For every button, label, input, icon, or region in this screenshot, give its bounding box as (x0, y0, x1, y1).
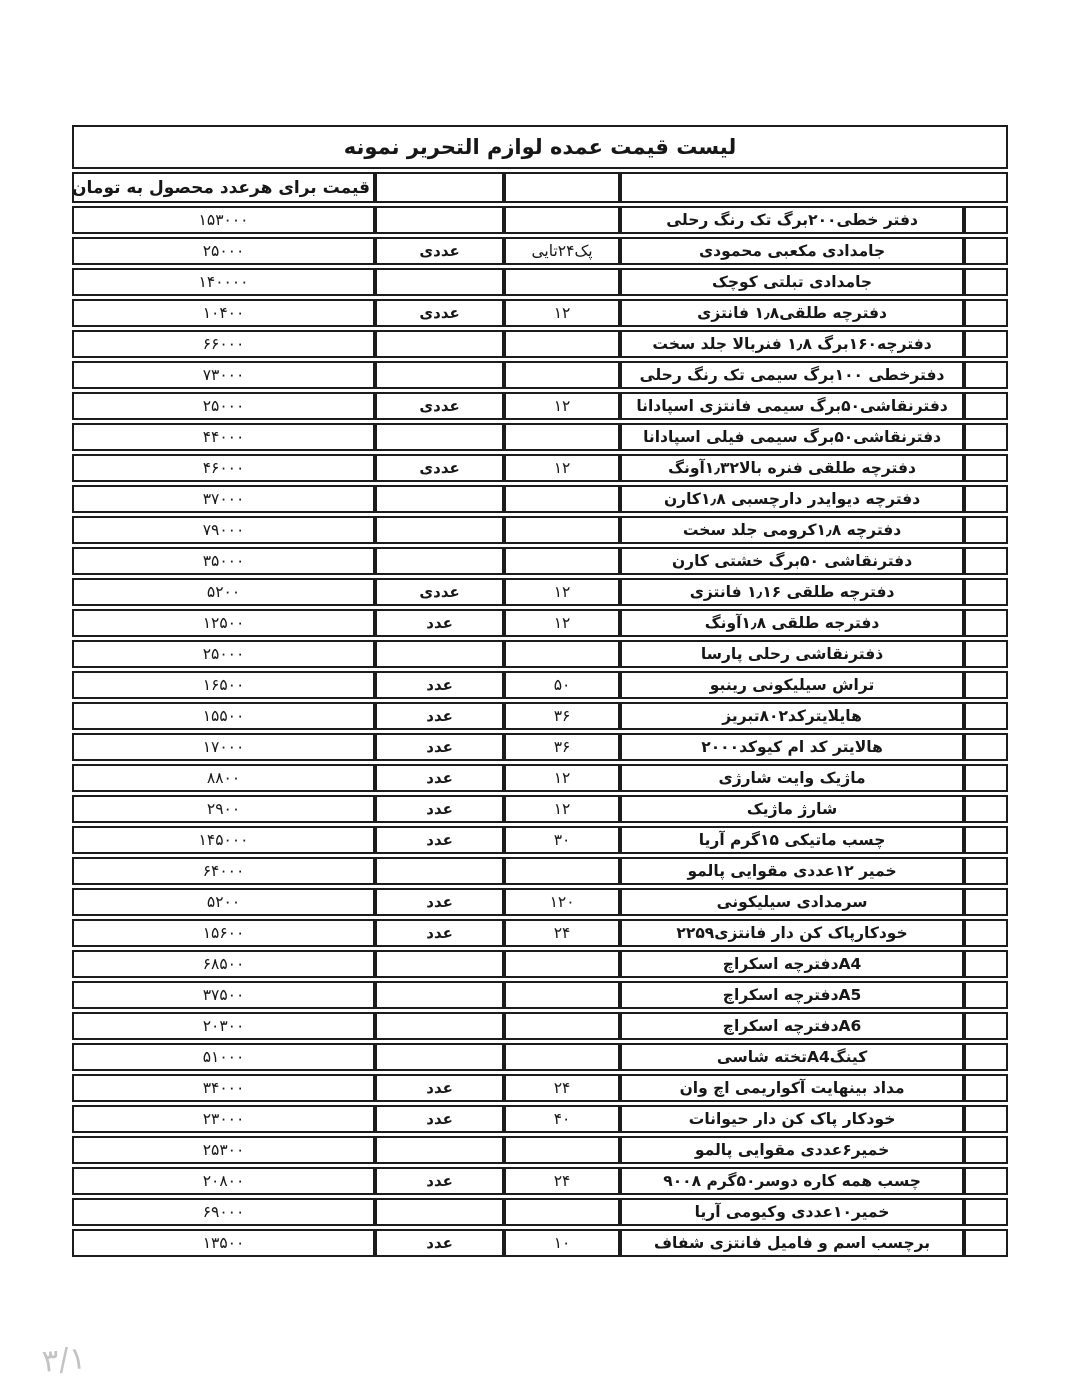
product-name-cell: خودکار پاک کن دار حیوانات (620, 1105, 964, 1133)
pack-qty-cell: ۱۲ (504, 392, 620, 420)
price-cell: ۲۵۰۰۰ (72, 392, 375, 420)
table-row: کینگA4تخته شاسی ۵۱۰۰۰ (72, 1043, 1008, 1071)
product-name-cell: دفترچه دیوایدر دارچسبی ۱٫۸کارن (620, 485, 964, 513)
blank-mark-cell (964, 888, 1008, 916)
blank-mark-cell (964, 826, 1008, 854)
price-cell: ۵۱۰۰۰ (72, 1043, 375, 1071)
price-cell: ۲۰۸۰۰ (72, 1167, 375, 1195)
pack-qty-cell (504, 1043, 620, 1071)
product-name-cell: دفترنقاشی۵۰برگ سیمی فانتزی اسپادانا (620, 392, 964, 420)
table-header-row: قیمت برای هرعدد محصول به تومان (72, 172, 1008, 203)
table-row: دفتر خطی۲۰۰برگ تک رنگ رحلی ۱۵۳۰۰۰ (72, 206, 1008, 234)
unit-cell (375, 1012, 504, 1040)
unit-cell: عدد (375, 795, 504, 823)
product-name-cell: سرمدادی سیلیکونی (620, 888, 964, 916)
table-row: جامدادی مکعبی محمودی پک۲۴تایی عددی ۲۵۰۰۰ (72, 237, 1008, 265)
unit-cell (375, 206, 504, 234)
pack-qty-cell (504, 547, 620, 575)
unit-cell: عدد (375, 702, 504, 730)
product-name-cell: A4دفترچه اسکراچ (620, 950, 964, 978)
pack-qty-cell: ۱۲ (504, 578, 620, 606)
table-row: سرمدادی سیلیکونی ۱۲۰ عدد ۵۲۰۰ (72, 888, 1008, 916)
unit-cell: عدد (375, 1229, 504, 1257)
product-name-cell: دفترچه طلقی ۱٫۱۶ فانتزی (620, 578, 964, 606)
price-cell: ۲۰۳۰۰ (72, 1012, 375, 1040)
pack-qty-cell (504, 1136, 620, 1164)
pack-qty-cell (504, 950, 620, 978)
table-row: مداد بینهایت آکواریمی اچ وان ۲۴ عدد ۳۴۰۰… (72, 1074, 1008, 1102)
pack-qty-cell: ۱۲ (504, 299, 620, 327)
pack-qty-cell: ۱۰ (504, 1229, 620, 1257)
price-cell: ۸۸۰۰ (72, 764, 375, 792)
price-cell: ۳۴۰۰۰ (72, 1074, 375, 1102)
table-row: A6دفترچه اسکراچ ۲۰۳۰۰ (72, 1012, 1008, 1040)
product-name-cell: خمیر۶عددی مقوایی پالمو (620, 1136, 964, 1164)
table-row: شارژ ماژیک ۱۲ عدد ۲۹۰۰ (72, 795, 1008, 823)
price-cell: ۵۲۰۰ (72, 888, 375, 916)
blank-mark-cell (964, 392, 1008, 420)
product-name-cell: دفترجه طلقی ۱٫۸آونگ (620, 609, 964, 637)
table-row: دفترچه طلقی ۱٫۱۶ فانتزی ۱۲ عددی ۵۲۰۰ (72, 578, 1008, 606)
table-row: ذفترنقاشی رحلی پارسا ۲۵۰۰۰ (72, 640, 1008, 668)
pack-qty-cell: ۲۴ (504, 919, 620, 947)
unit-cell: عددی (375, 454, 504, 482)
price-cell: ۱۴۵۰۰۰ (72, 826, 375, 854)
price-cell: ۱۰۴۰۰ (72, 299, 375, 327)
pack-qty-cell: ۳۶ (504, 733, 620, 761)
blank-mark-cell (964, 1167, 1008, 1195)
table-row: چسب همه کاره دوسر۵۰گرم ۹۰۰۸ ۲۴ عدد ۲۰۸۰۰ (72, 1167, 1008, 1195)
unit-header-cell (375, 172, 504, 203)
pack-qty-cell: ۴۰ (504, 1105, 620, 1133)
pack-qty-cell: ۵۰ (504, 671, 620, 699)
blank-mark-cell (964, 516, 1008, 544)
price-table-body: لیست قیمت عمده لوازم التحریر نمونه قیمت … (72, 125, 1008, 1257)
price-cell: ۵۲۰۰ (72, 578, 375, 606)
blank-mark-cell (964, 423, 1008, 451)
price-cell: ۱۵۵۰۰ (72, 702, 375, 730)
product-name-cell: جامدادی تبلتی کوچک (620, 268, 964, 296)
table-row: دفترنقاشی۵۰برگ سیمی فانتزی اسپادانا ۱۲ ع… (72, 392, 1008, 420)
blank-mark-cell (964, 609, 1008, 637)
unit-cell (375, 1136, 504, 1164)
blank-mark-cell (964, 485, 1008, 513)
product-name-cell: دفترخطی ۱۰۰برگ سیمی تک رنگ رحلی (620, 361, 964, 389)
product-name-cell: هایلایترکد۸۰۲تبریز (620, 702, 964, 730)
price-cell: ۴۴۰۰۰ (72, 423, 375, 451)
unit-cell (375, 981, 504, 1009)
price-cell: ۲۵۳۰۰ (72, 1136, 375, 1164)
price-table: لیست قیمت عمده لوازم التحریر نمونه قیمت … (72, 122, 1008, 1260)
unit-cell (375, 640, 504, 668)
blank-mark-cell (964, 640, 1008, 668)
table-row: A4دفترچه اسکراچ ۶۸۵۰۰ (72, 950, 1008, 978)
unit-cell: عددی (375, 237, 504, 265)
unit-cell: عدد (375, 609, 504, 637)
unit-cell: عدد (375, 826, 504, 854)
unit-cell (375, 950, 504, 978)
pack-qty-cell (504, 206, 620, 234)
price-cell: ۱۵۳۰۰۰ (72, 206, 375, 234)
pack-qty-cell: ۲۴ (504, 1074, 620, 1102)
price-cell: ۷۳۰۰۰ (72, 361, 375, 389)
price-cell: ۳۷۰۰۰ (72, 485, 375, 513)
product-name-cell: جامدادی مکعبی محمودی (620, 237, 964, 265)
unit-cell (375, 361, 504, 389)
table-row: خمیر ۱۲عددی مقوایی پالمو ۶۴۰۰۰ (72, 857, 1008, 885)
pack-qty-cell (504, 981, 620, 1009)
table-row: A5دفترچه اسکراچ ۳۷۵۰۰ (72, 981, 1008, 1009)
unit-cell: عددی (375, 578, 504, 606)
table-row: خودکارپاک کن دار فانتزی۲۲۵۹ ۲۴ عدد ۱۵۶۰۰ (72, 919, 1008, 947)
pack-qty-header-cell (504, 172, 620, 203)
unit-cell (375, 330, 504, 358)
name-header-cell (620, 172, 1008, 203)
page-number: ۳/۱ (41, 1340, 88, 1380)
unit-cell (375, 547, 504, 575)
table-row: خمیر۱۰عددی وکیومی آریا ۶۹۰۰۰ (72, 1198, 1008, 1226)
table-row: هایلایترکد۸۰۲تبریز ۳۶ عدد ۱۵۵۰۰ (72, 702, 1008, 730)
table-row: دفترچه۱۶۰برگ ۱٫۸ فنربالا جلد سخت ۶۶۰۰۰ (72, 330, 1008, 358)
blank-mark-cell (964, 1043, 1008, 1071)
pack-qty-cell (504, 1198, 620, 1226)
blank-mark-cell (964, 950, 1008, 978)
unit-cell: عدد (375, 733, 504, 761)
blank-mark-cell (964, 857, 1008, 885)
unit-cell: عدد (375, 888, 504, 916)
table-row: دفترچه ۱٫۸کرومی جلد سخت ۷۹۰۰۰ (72, 516, 1008, 544)
pack-qty-cell (504, 1012, 620, 1040)
blank-mark-cell (964, 237, 1008, 265)
blank-mark-cell (964, 547, 1008, 575)
price-cell: ۱۷۰۰۰ (72, 733, 375, 761)
pack-qty-cell: ۱۲ (504, 454, 620, 482)
blank-mark-cell (964, 330, 1008, 358)
product-name-cell: تراش سیلیکونی رینبو (620, 671, 964, 699)
table-row: ماژیک وایت شارژی ۱۲ عدد ۸۸۰۰ (72, 764, 1008, 792)
price-cell: ۷۹۰۰۰ (72, 516, 375, 544)
unit-cell: عدد (375, 1167, 504, 1195)
price-cell: ۱۴۰۰۰۰ (72, 268, 375, 296)
product-name-cell: ماژیک وایت شارژی (620, 764, 964, 792)
pack-qty-cell: ۱۲ (504, 795, 620, 823)
unit-cell: عدد (375, 1074, 504, 1102)
unit-cell (375, 423, 504, 451)
blank-mark-cell (964, 299, 1008, 327)
product-name-cell: خودکارپاک کن دار فانتزی۲۲۵۹ (620, 919, 964, 947)
blank-mark-cell (964, 1198, 1008, 1226)
pack-qty-cell (504, 857, 620, 885)
blank-mark-cell (964, 702, 1008, 730)
pack-qty-cell: ۱۲۰ (504, 888, 620, 916)
page-title: لیست قیمت عمده لوازم التحریر نمونه (72, 125, 1008, 169)
product-name-cell: دفترنقاشی۵۰برگ سیمی فیلی اسپادانا (620, 423, 964, 451)
unit-cell: عددی (375, 299, 504, 327)
table-row: تراش سیلیکونی رینبو ۵۰ عدد ۱۶۵۰۰ (72, 671, 1008, 699)
product-name-cell: هالایتر کد ام کیوکد۲۰۰۰ (620, 733, 964, 761)
product-name-cell: ذفترنقاشی رحلی پارسا (620, 640, 964, 668)
table-row: دفترنقاشی ۵۰برگ خشتی کارن ۳۵۰۰۰ (72, 547, 1008, 575)
price-cell: ۱۲۵۰۰ (72, 609, 375, 637)
product-name-cell: دفترچه ۱٫۸کرومی جلد سخت (620, 516, 964, 544)
blank-mark-cell (964, 1105, 1008, 1133)
pack-qty-cell (504, 268, 620, 296)
product-name-cell: چسب همه کاره دوسر۵۰گرم ۹۰۰۸ (620, 1167, 964, 1195)
product-name-cell: برچسب اسم و فامیل فانتزی شفاف (620, 1229, 964, 1257)
price-cell: ۶۸۵۰۰ (72, 950, 375, 978)
pack-qty-cell: ۱۲ (504, 609, 620, 637)
blank-mark-cell (964, 268, 1008, 296)
blank-mark-cell (964, 981, 1008, 1009)
price-header-cell: قیمت برای هرعدد محصول به تومان (72, 172, 375, 203)
product-name-cell: دفترچه۱۶۰برگ ۱٫۸ فنربالا جلد سخت (620, 330, 964, 358)
blank-mark-cell (964, 1136, 1008, 1164)
price-cell: ۱۳۵۰۰ (72, 1229, 375, 1257)
table-row: دفترنقاشی۵۰برگ سیمی فیلی اسپادانا ۴۴۰۰۰ (72, 423, 1008, 451)
blank-mark-cell (964, 671, 1008, 699)
product-name-cell: مداد بینهایت آکواریمی اچ وان (620, 1074, 964, 1102)
product-name-cell: دفتر خطی۲۰۰برگ تک رنگ رحلی (620, 206, 964, 234)
table-row: دفترجه طلقی ۱٫۸آونگ ۱۲ عدد ۱۲۵۰۰ (72, 609, 1008, 637)
document-page: لیست قیمت عمده لوازم التحریر نمونه قیمت … (0, 0, 1077, 1389)
price-cell: ۳۷۵۰۰ (72, 981, 375, 1009)
pack-qty-cell (504, 330, 620, 358)
table-row: خمیر۶عددی مقوایی پالمو ۲۵۳۰۰ (72, 1136, 1008, 1164)
blank-mark-cell (964, 361, 1008, 389)
table-row: دفترچه طلقی فنره بالا۱٫۳۲آونگ ۱۲ عددی ۴۶… (72, 454, 1008, 482)
unit-cell: عدد (375, 1105, 504, 1133)
product-name-cell: دفترچه طلقی فنره بالا۱٫۳۲آونگ (620, 454, 964, 482)
pack-qty-cell (504, 423, 620, 451)
table-title-row: لیست قیمت عمده لوازم التحریر نمونه (72, 125, 1008, 169)
price-cell: ۱۵۶۰۰ (72, 919, 375, 947)
pack-qty-cell: ۳۶ (504, 702, 620, 730)
blank-mark-cell (964, 206, 1008, 234)
unit-cell (375, 1198, 504, 1226)
product-name-cell: چسب ماتیکی ۱۵گرم آریا (620, 826, 964, 854)
blank-mark-cell (964, 578, 1008, 606)
pack-qty-cell (504, 516, 620, 544)
table-row: دفترچه دیوایدر دارچسبی ۱٫۸کارن ۳۷۰۰۰ (72, 485, 1008, 513)
product-name-cell: کینگA4تخته شاسی (620, 1043, 964, 1071)
unit-cell (375, 1043, 504, 1071)
price-cell: ۱۶۵۰۰ (72, 671, 375, 699)
pack-qty-cell: پک۲۴تایی (504, 237, 620, 265)
price-cell: ۲۵۰۰۰ (72, 237, 375, 265)
product-name-cell: خمیر۱۰عددی وکیومی آریا (620, 1198, 964, 1226)
price-cell: ۲۳۰۰۰ (72, 1105, 375, 1133)
blank-mark-cell (964, 1229, 1008, 1257)
pack-qty-cell: ۱۲ (504, 764, 620, 792)
table-row: برچسب اسم و فامیل فانتزی شفاف ۱۰ عدد ۱۳۵… (72, 1229, 1008, 1257)
blank-mark-cell (964, 454, 1008, 482)
pack-qty-cell: ۳۰ (504, 826, 620, 854)
table-row: دفترخطی ۱۰۰برگ سیمی تک رنگ رحلی ۷۳۰۰۰ (72, 361, 1008, 389)
unit-cell (375, 857, 504, 885)
price-cell: ۶۹۰۰۰ (72, 1198, 375, 1226)
pack-qty-cell (504, 640, 620, 668)
unit-cell: عدد (375, 764, 504, 792)
blank-mark-cell (964, 1012, 1008, 1040)
price-cell: ۶۶۰۰۰ (72, 330, 375, 358)
blank-mark-cell (964, 1074, 1008, 1102)
unit-cell (375, 516, 504, 544)
product-name-cell: خمیر ۱۲عددی مقوایی پالمو (620, 857, 964, 885)
price-cell: ۴۶۰۰۰ (72, 454, 375, 482)
unit-cell (375, 485, 504, 513)
product-name-cell: دفترچه طلقی۱٫۸ فانتزی (620, 299, 964, 327)
table-row: چسب ماتیکی ۱۵گرم آریا ۳۰ عدد ۱۴۵۰۰۰ (72, 826, 1008, 854)
blank-mark-cell (964, 795, 1008, 823)
product-name-cell: A6دفترچه اسکراچ (620, 1012, 964, 1040)
table-row: جامدادی تبلتی کوچک ۱۴۰۰۰۰ (72, 268, 1008, 296)
table-row: هالایتر کد ام کیوکد۲۰۰۰ ۳۶ عدد ۱۷۰۰۰ (72, 733, 1008, 761)
unit-cell: عددی (375, 392, 504, 420)
product-name-cell: شارژ ماژیک (620, 795, 964, 823)
product-name-cell: دفترنقاشی ۵۰برگ خشتی کارن (620, 547, 964, 575)
price-cell: ۳۵۰۰۰ (72, 547, 375, 575)
product-name-cell: A5دفترچه اسکراچ (620, 981, 964, 1009)
pack-qty-cell (504, 485, 620, 513)
table-row: خودکار پاک کن دار حیوانات ۴۰ عدد ۲۳۰۰۰ (72, 1105, 1008, 1133)
pack-qty-cell: ۲۴ (504, 1167, 620, 1195)
price-cell: ۶۴۰۰۰ (72, 857, 375, 885)
pack-qty-cell (504, 361, 620, 389)
unit-cell: عدد (375, 919, 504, 947)
blank-mark-cell (964, 764, 1008, 792)
unit-cell: عدد (375, 671, 504, 699)
price-cell: ۲۵۰۰۰ (72, 640, 375, 668)
unit-cell (375, 268, 504, 296)
blank-mark-cell (964, 919, 1008, 947)
price-cell: ۲۹۰۰ (72, 795, 375, 823)
table-row: دفترچه طلقی۱٫۸ فانتزی ۱۲ عددی ۱۰۴۰۰ (72, 299, 1008, 327)
blank-mark-cell (964, 733, 1008, 761)
